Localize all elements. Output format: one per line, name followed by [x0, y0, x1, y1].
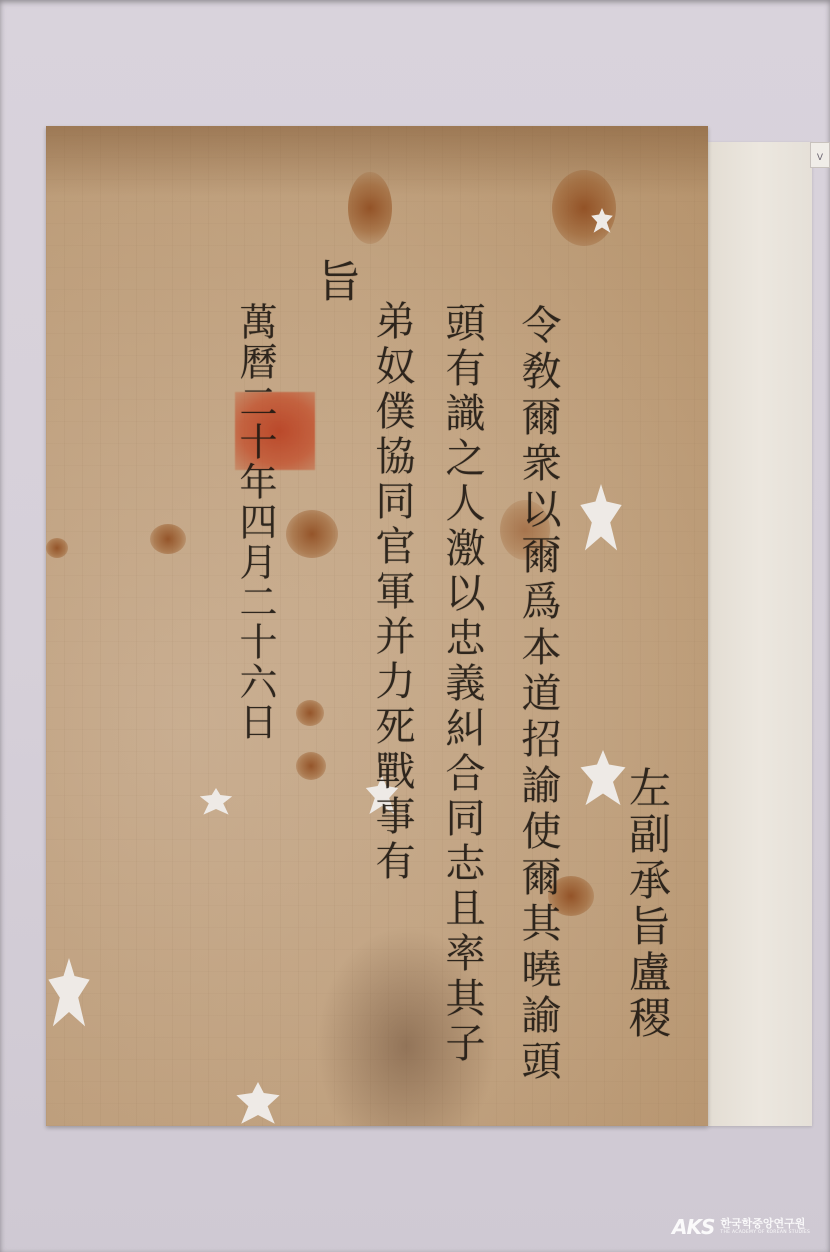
mount-label: V	[810, 142, 830, 168]
closing-mark: 旨	[312, 258, 356, 304]
stain	[348, 172, 392, 244]
signature-column: 左副承旨盧稷	[626, 766, 668, 1042]
stain	[296, 700, 324, 726]
aks-watermark: AKS 한국학중앙연구원 THE ACADEMY OF KOREAN STUDI…	[672, 1212, 810, 1242]
aks-name-english: THE ACADEMY OF KOREAN STUDIES	[720, 1231, 810, 1236]
aks-logo-icon: AKS	[672, 1215, 714, 1239]
stain	[150, 524, 186, 554]
mount-paper-strip	[708, 142, 812, 1126]
stain	[46, 538, 68, 558]
stain	[286, 510, 338, 558]
text-column-3: 弟奴僕協同官軍并力死戰事有	[372, 300, 412, 885]
stain	[296, 752, 326, 780]
stain	[552, 170, 616, 246]
aks-name-korean: 한국학중앙연구원	[720, 1218, 810, 1229]
text-column-1: 令敎爾衆以爾爲本道招諭使爾其曉諭頭	[518, 304, 558, 1086]
text-column-2: 頭有識之人激以忠義糾合同志且率其子	[442, 302, 482, 1067]
aks-logo-text: 한국학중앙연구원 THE ACADEMY OF KOREAN STUDIES	[720, 1218, 810, 1236]
date-column: 萬曆二十年四月二十六日	[236, 302, 274, 742]
